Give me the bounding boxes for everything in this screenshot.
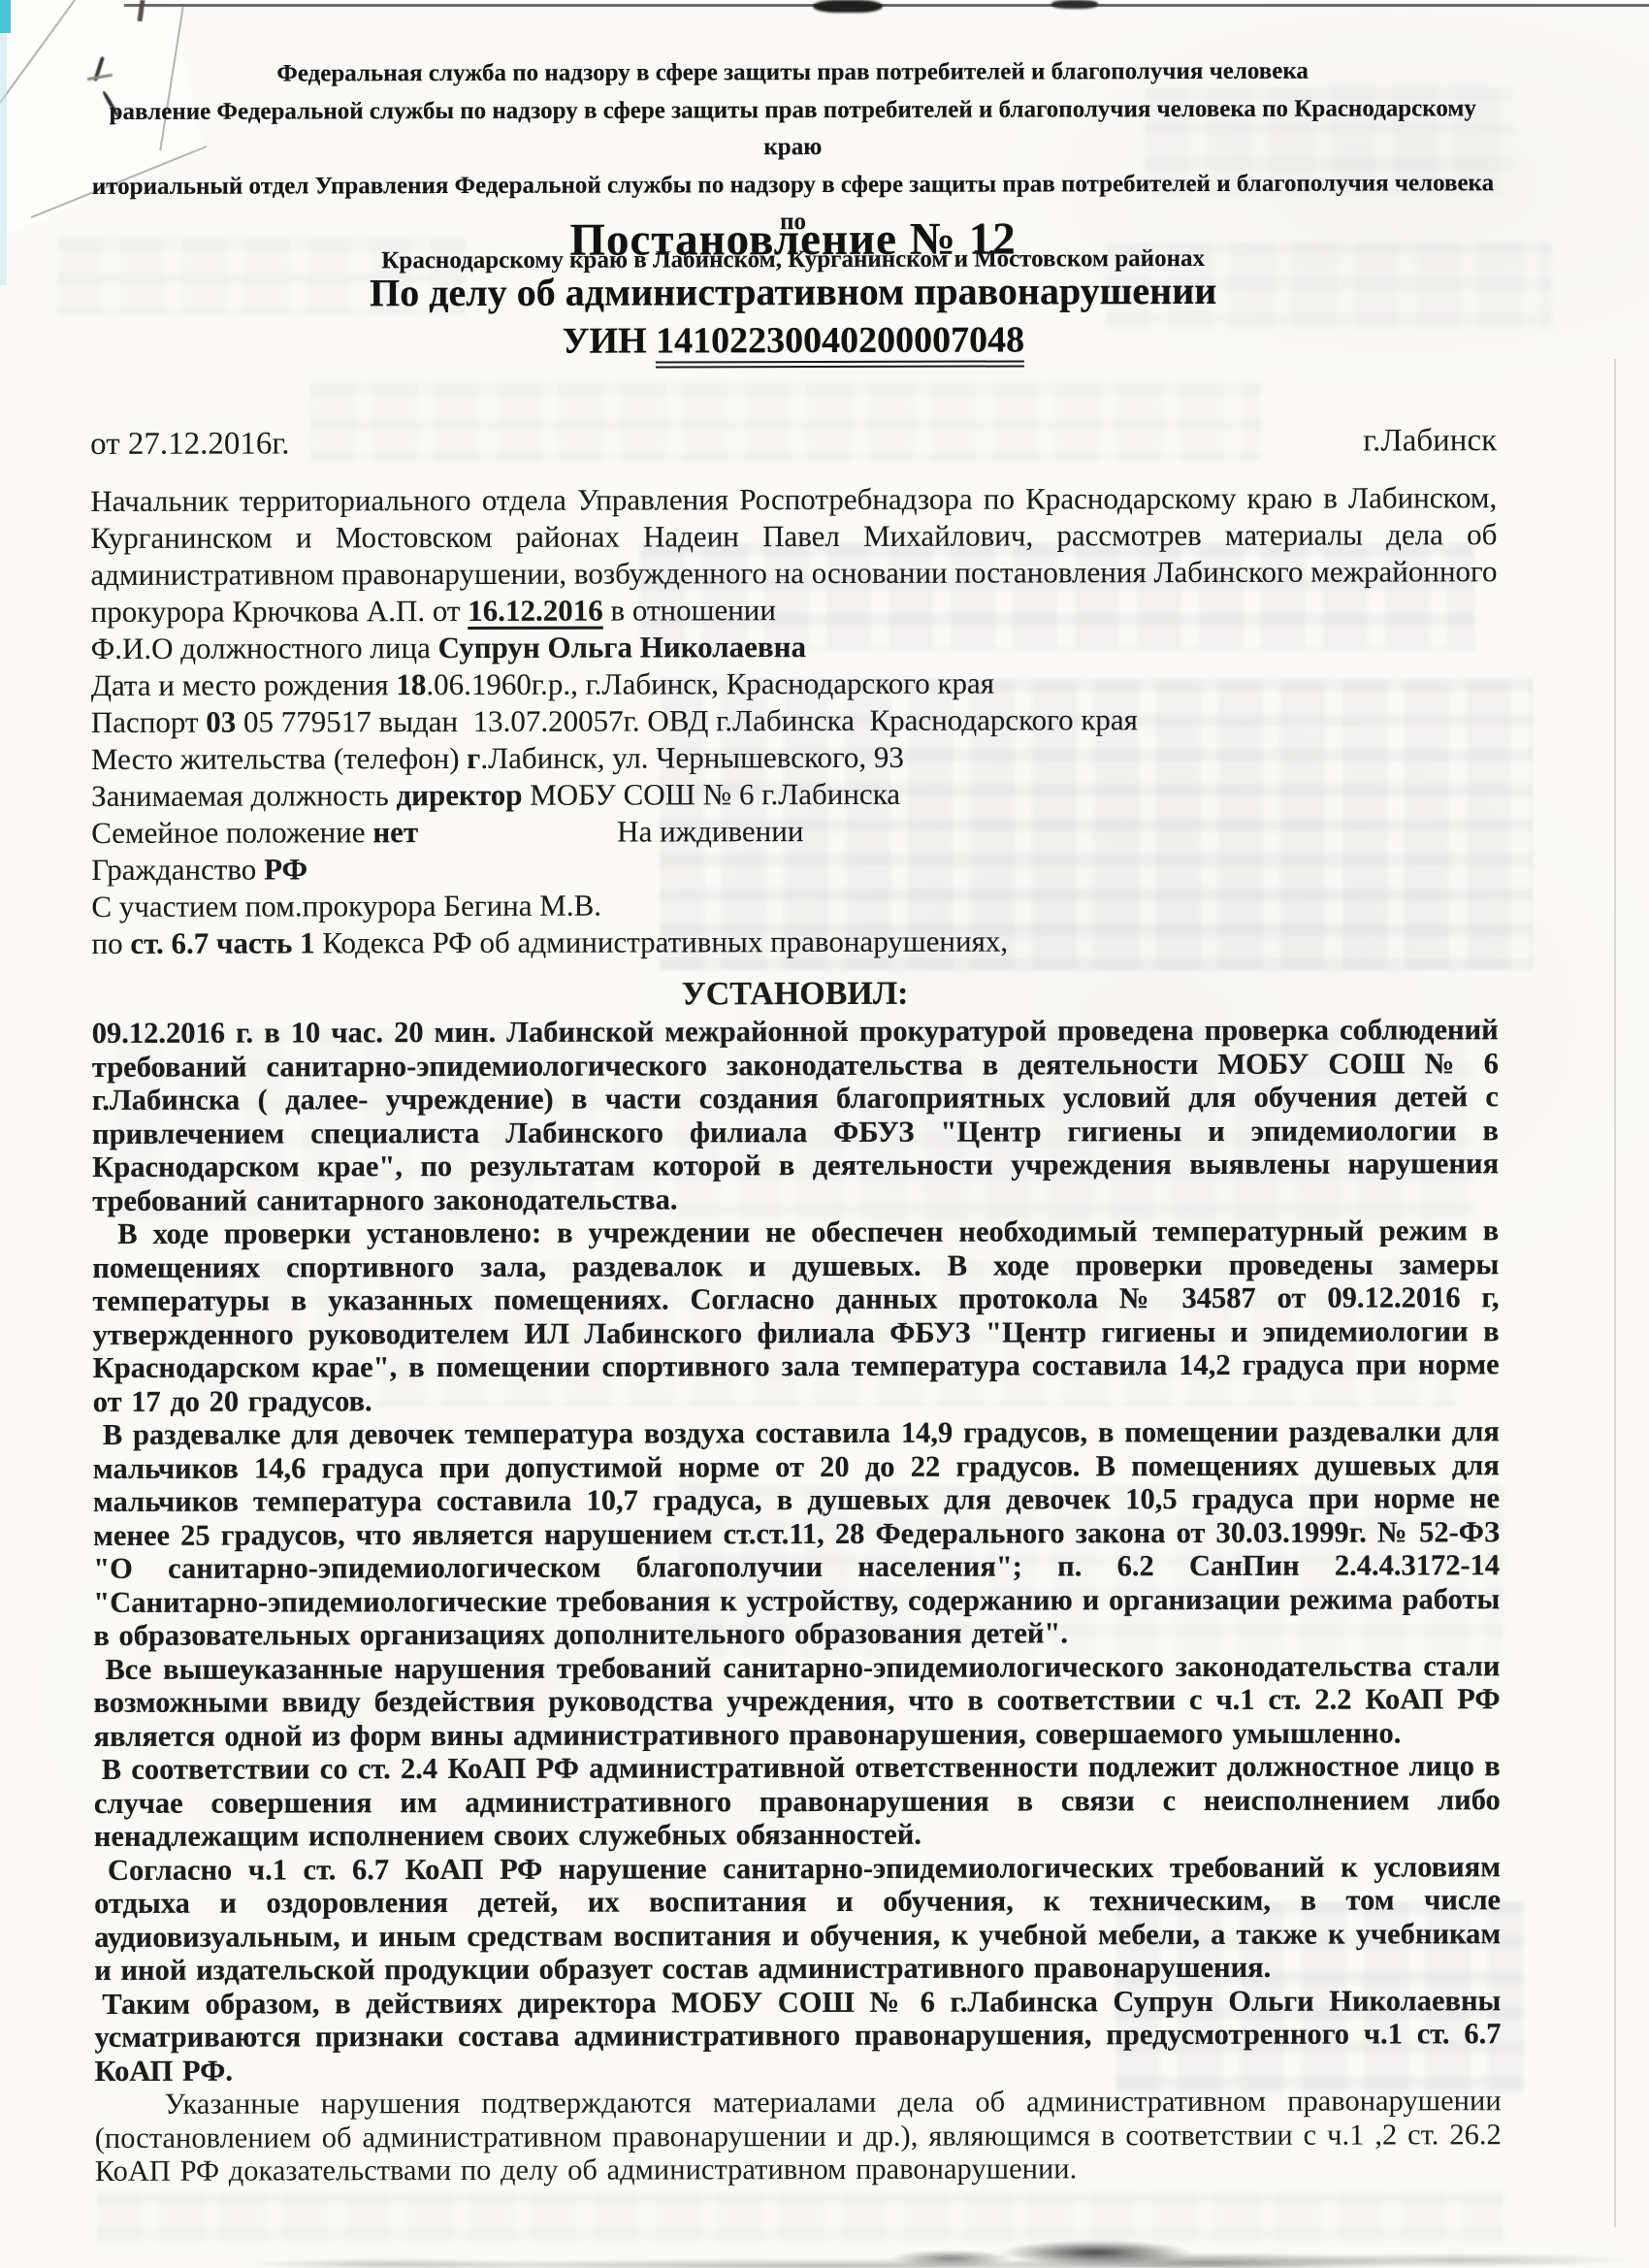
text-segment: РФ — [264, 852, 307, 886]
text-segment: директор — [396, 778, 522, 812]
case-detail-line: Гражданство РФ — [91, 848, 1498, 889]
body-paragraph: Указанные нарушения подтверждаются матер… — [95, 2084, 1502, 2187]
intro-paragraph: Начальник территориального отдела Управл… — [90, 479, 1497, 631]
section-heading: УСТАНОВИЛ: — [92, 972, 1499, 1017]
document-content: Федеральная служба по надзору в сфере за… — [0, 0, 1649, 2268]
text-segment: Дата и место рождения — [91, 667, 397, 702]
text-segment: .Лабинск, ул. Чернышевского, 93 — [480, 740, 904, 775]
text-segment: ст. 6.7 часть 1 — [130, 925, 314, 959]
text-segment: Кодекса РФ об административных правонару… — [315, 924, 1009, 960]
case-detail-line: Ф.И.О должностного лица Супрун Ольга Ник… — [91, 627, 1498, 667]
body-paragraph: 09.12.2016 г. в 10 час. 20 мин. Лабинско… — [92, 1013, 1500, 1217]
body-paragraph: Все вышеуказанные нарушения требований с… — [93, 1649, 1500, 1753]
text-segment: Семейное положение — [91, 815, 372, 850]
body-paragraph: В ходе проверки установлено: в учреждени… — [92, 1214, 1500, 1418]
case-detail-line: Семейное положение нетНа иждивении — [91, 811, 1498, 852]
text-segment: по — [91, 926, 130, 960]
text-segment: Начальник территориального отдела Управл… — [90, 480, 1497, 629]
body-paragraph: Таким образом, в действиях директора МОБ… — [94, 1984, 1501, 2088]
text-segment: в отношении — [603, 593, 776, 627]
date-row: от 27.12.2016г. г.Лабинск — [90, 423, 1497, 463]
text-segment: Паспорт — [91, 705, 206, 739]
case-detail-line: Место жительства (телефон) г.Лабинск, ул… — [91, 737, 1498, 778]
spacer — [418, 842, 617, 843]
case-detail-line: по ст. 6.7 часть 1 Кодекса РФ об админис… — [91, 922, 1498, 962]
case-detail-line: С участием пом.прокурора Бегина М.В. — [91, 885, 1498, 925]
text-segment: нет — [372, 815, 418, 849]
case-details-list: Ф.И.О должностного лица Супрун Ольга Ник… — [91, 627, 1499, 962]
letterhead-line: равление Федеральной службы по надзору в… — [89, 90, 1496, 169]
body-column: Начальник территориального отдела Управл… — [90, 479, 1502, 2187]
text-segment: Супрун Ольга Николаевна — [438, 630, 807, 664]
body-paragraph: В соответствии со ст. 2.4 КоАП РФ админи… — [94, 1749, 1501, 1853]
text-segment: 16.12.2016 — [468, 594, 603, 628]
body-paragraph: В раздевалке для девочек температура воз… — [93, 1414, 1501, 1652]
text-segment: г — [467, 741, 480, 775]
title-block: Постановление № 12 По делу об администра… — [90, 210, 1497, 367]
text-segment: .06.1960г.р., г.Лабинск, Краснодарского … — [426, 666, 994, 702]
uin-number: 14102230040200007048 — [656, 319, 1024, 368]
document-subtitle: По делу об административном правонарушен… — [90, 266, 1497, 318]
scanned-document-page: Федеральная служба по надзору в сфере за… — [0, 0, 1649, 2268]
text-segment: Занимаемая должность — [91, 778, 396, 813]
case-detail-line: Паспорт 03 05 779517 выдан 13.07.20057г.… — [91, 700, 1498, 741]
document-title: Постановление № 12 — [90, 210, 1497, 270]
text-segment: С участием пом.прокурора Бегина М.В. — [91, 889, 601, 923]
case-detail-line: Занимаемая должность директор МОБУ СОШ №… — [91, 774, 1498, 815]
text-segment: Место жительства (телефон) — [91, 741, 467, 776]
uin-line: УИН 14102230040200007048 — [90, 314, 1497, 367]
body-paragraph: Согласно ч.1 ст. 6.7 КоАП РФ нарушение с… — [94, 1850, 1501, 1988]
document-date: от 27.12.2016г. — [90, 426, 289, 463]
text-segment: 03 — [206, 705, 236, 739]
document-city: г.Лабинск — [1363, 423, 1497, 459]
text-segment: 18 — [396, 667, 426, 701]
letterhead-line: Федеральная служба по надзору в сфере за… — [89, 52, 1496, 93]
text-segment: Ф.И.О должностного лица — [91, 631, 438, 665]
findings-paragraphs: 09.12.2016 г. в 10 час. 20 мин. Лабинско… — [92, 1013, 1502, 2187]
uin-label: УИН — [563, 320, 657, 361]
case-detail-line: Дата и место рождения 18.06.1960г.р., г.… — [91, 664, 1498, 704]
text-segment: Гражданство — [91, 853, 264, 887]
text-segment: МОБУ СОШ № 6 г.Лабинска — [522, 777, 900, 812]
text-segment: 05 779517 выдан 13.07.20057г. ОВД г.Лаби… — [236, 702, 1138, 738]
text-segment: На иждивении — [617, 814, 803, 849]
